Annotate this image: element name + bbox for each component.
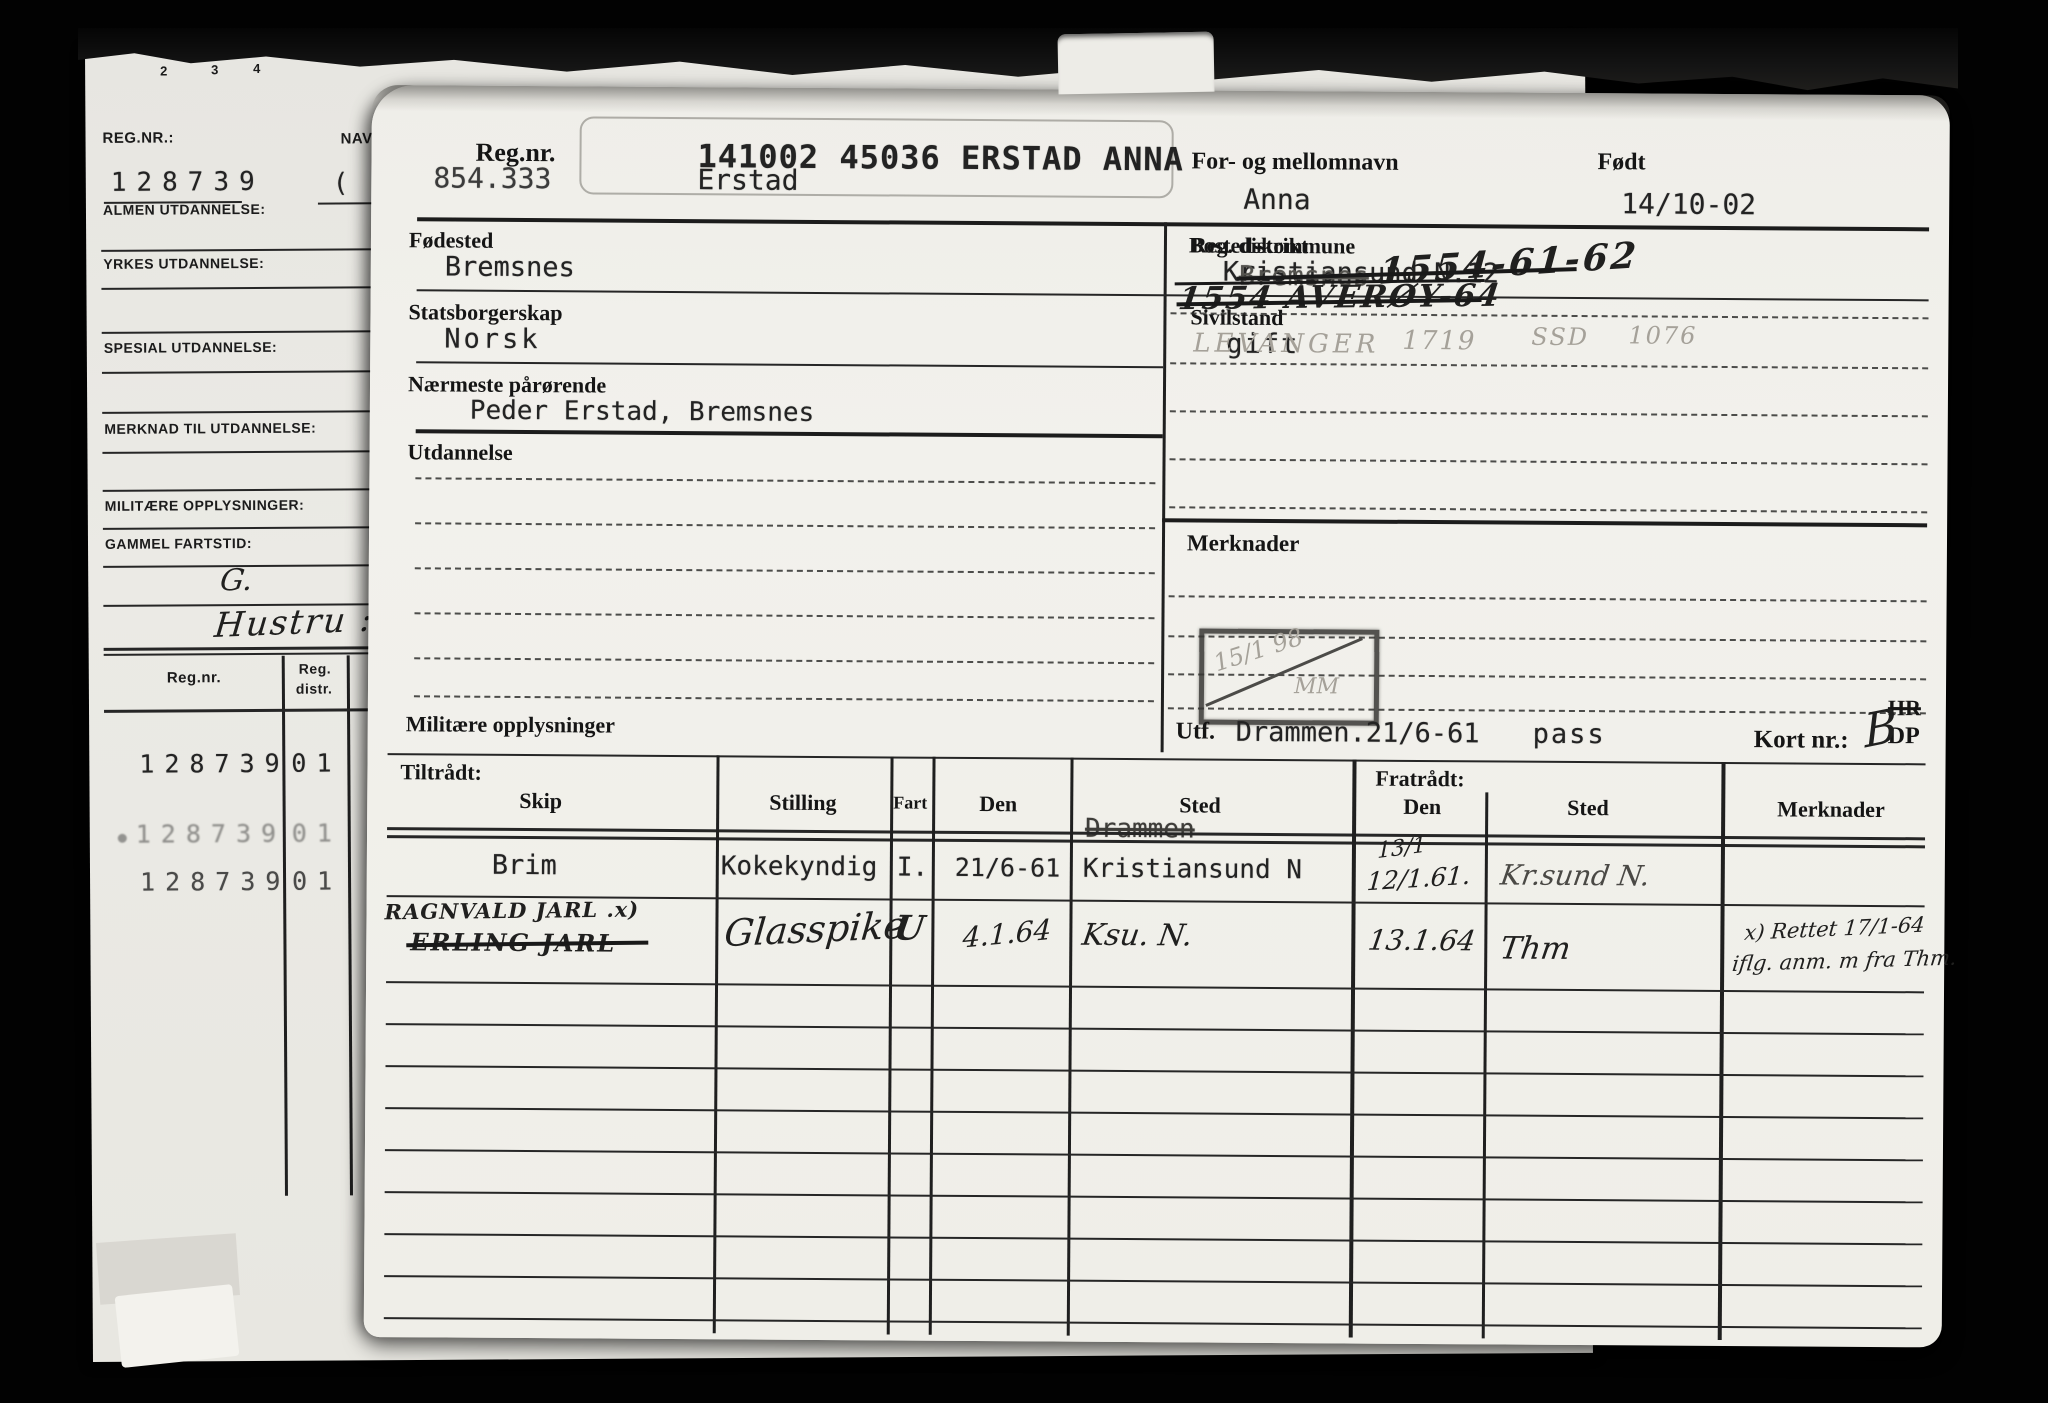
col-merknader: Merknader [1777,796,1885,823]
mellomnavn-value: Anna [1243,183,1311,216]
merknader-label: Merknader [1187,530,1300,557]
regnr-value: 854.333 [433,161,551,195]
row2-stilling: Glasspike [724,904,907,955]
back-row-distr: 01 [291,748,341,777]
back-col-regdistr2: distr. [296,681,333,697]
row2-merk-line1: x) Rettet 17/1-64 [1744,913,1925,945]
fodt-value: 14/10-02 [1621,187,1756,221]
row2-fart: U [894,908,924,948]
back-row-distr: 01 [292,866,342,895]
row1-den: 21/6-61 [955,853,1061,883]
smudge-dot [118,834,127,843]
main-register-card: Reg.nr. 141002 45036 ERSTAD ANNA 854.333… [364,85,1950,1347]
fodested-value: Bremsnes [445,251,575,283]
col-fart: Fart [893,792,927,813]
back-regnr-label: REG.NR.: [102,129,174,146]
scanned-register-card-page: 2 3 4 REG.NR.: NAV 128739 ( ALMEN UTDANN… [0,0,2048,1403]
bosted-pencil-ssd: SSD [1531,323,1589,351]
utf-pass: pass [1533,719,1606,750]
back-label-spesial: SPESIAL UTDANNELSE: [104,339,277,356]
back-paren-mark: ( [333,168,349,198]
back-label-fartstid: GAMMEL FARTSTID: [105,535,252,552]
stamp-pencil-initials: MM [1294,674,1339,699]
row1-fratradt-sted: Kr.sund N. [1501,859,1650,893]
cancellation-stamp-box: 15/1 98 MM [1199,628,1380,725]
etternavn-value: Erstad [697,163,798,197]
tiltradt-label: Tiltrådt: [400,759,482,786]
row2-den: 4.1.64 [961,913,1053,955]
bosted-pencil-levanger: LEVANGER [1193,328,1379,359]
back-hw-initial: G. [220,563,253,598]
parorende-value: Peder Erstad, Bremsnes [470,396,815,428]
mellomnavn-label: For- og mellomnavn [1191,148,1398,176]
row1-fratradt-den-overwrite: 13/1 [1376,833,1428,864]
utf-value: Drammen.21/6-61 [1236,717,1480,750]
ruler-mark: 4 [253,61,261,76]
col-den: Den [979,791,1017,817]
back-label-yrkes: YRKES UTDANNELSE: [103,255,264,272]
back-label-militaere: MILITÆRE OPPLYSNINGER: [105,497,305,514]
row1-skip: Brim [492,850,557,881]
statsborgerskap-value: Norsk [444,323,540,355]
back-row-regnr: 128739 [136,819,286,849]
back-hw-hustru: Hustru : [214,599,375,645]
back-navn-label: NAV [340,130,372,147]
col-skip: Skip [519,788,562,814]
bosted-pencil-1076: 1076 [1628,321,1697,349]
row2-fratradt-sted: Thm [1500,931,1570,967]
back-col-regnr: Reg.nr. [167,669,221,686]
fratradt-label: Fratrådt: [1375,766,1464,793]
fodt-label: Født [1597,149,1645,176]
col-stilling: Stilling [769,790,836,816]
back-label-merknad: MERKNAD TIL UTDANNELSE: [104,420,316,437]
col-sted2: Sted [1567,795,1609,821]
back-regnr-value: 128739 [111,167,265,198]
back-col-regdistr: Reg. [299,661,331,677]
row1-stilling: Kokekyndig [721,851,878,882]
paper-corner [115,1284,240,1368]
bosted-label: Bostedskommune [1189,232,1355,259]
col-den2: Den [1403,794,1441,820]
parorende-label: Nærmeste pårørende [408,371,606,398]
back-row-regnr: 128739 [139,749,289,779]
utf-label: Utf. [1176,718,1216,745]
row1-sted: Kristiansund N [1083,854,1302,885]
ruler-mark: 3 [211,62,219,77]
ruler-mark: 2 [160,63,168,78]
paper-tab [1057,32,1214,95]
row2-sted: Ksu. N. [1082,918,1192,954]
statsborgerskap-label: Statsborgerskap [408,299,562,326]
row2-fratradt-den: 13.1.64 [1368,924,1475,958]
kort-hw-b: B [1859,698,1903,758]
back-row-regnr: 128739 [140,867,290,897]
kort-nr-label: Kort nr.: [1754,726,1849,755]
row2-merk-line2: iflg. anm. m fra Thm. [1732,946,1957,976]
row2-skip-line1: RAGNVALD JARL .x) [384,897,639,925]
row1-fratradt-den: 12/1.61. [1366,861,1471,896]
regnr-stamp-box: 141002 45036 ERSTAD ANNA [579,116,1174,198]
row1-fart: I. [897,852,929,882]
back-label-almen: ALMEN UTDANNELSE: [103,201,266,218]
utdannelse-label: Utdannelse [407,439,512,466]
bosted-pencil-1719: 1719 [1402,326,1476,356]
militaere-label: Militære opplysninger [406,711,615,738]
back-row-distr: 01 [292,818,342,847]
fodested-label: Fødested [409,227,493,254]
